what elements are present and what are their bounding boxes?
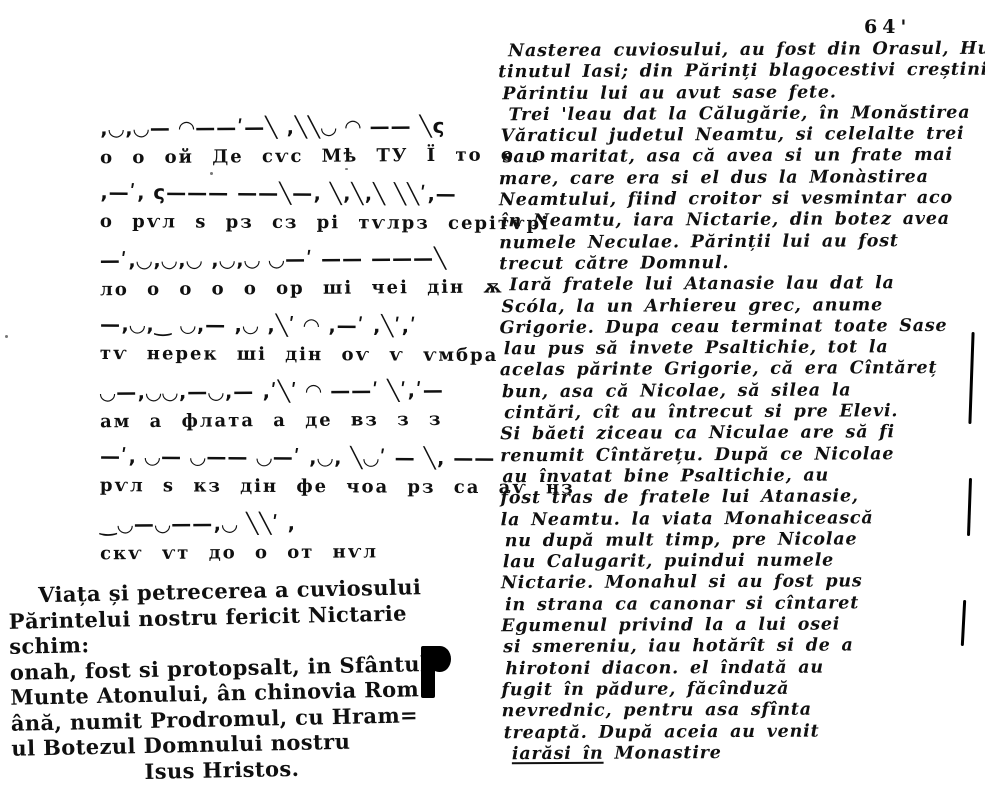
music-notation-block: ‚◡‚◡— ◠——ʹ—╲ ‚╲╲◡ ◠ —— ╲ς о о ой Де сѵс … [100, 112, 470, 574]
handwritten-line: mare, care era si el dus la Monàstirea [499, 167, 981, 191]
lyric-line: ам а флата а де вз з з [100, 405, 470, 438]
handwritten-line: Nictarie. Monahul si au fost pus [501, 571, 983, 595]
music-system: ‚◡‚◡— ◠——ʹ—╲ ‚╲╲◡ ◠ —— ╲ς о о ой Де сѵс … [100, 111, 470, 180]
handwritten-line: Grigorie. Dupa ceau terminat toate Sase [500, 316, 982, 340]
page-number: 64' [864, 16, 911, 38]
handwritten-line: Si băeti ziceau ca Niculae are să fi [500, 422, 982, 446]
scan-speck [5, 335, 8, 338]
music-system: ◡—‚◡◡‚—◡‚— ‚ʹ╲ʹ ◠ ——ʹ ╲ʹ‚ʹ— ам а флата а… [100, 375, 470, 444]
lyric-line: о о ой Де сѵс Мѣ ТУ Ї то о о [100, 141, 470, 174]
handwritten-line: treaptă. După aceia au venit [504, 720, 984, 744]
neume-line: ‿◡—◡——‚◡ ╲╲ʹ ‚ [100, 507, 470, 540]
handwritten-line: Văraticul judetul Neamtu, si celelalte t… [501, 124, 981, 148]
music-system: —ʹ‚ ◡— ◡—— ◡—ʹ ‚◡‚ ╲◡ʹ — ╲‚ —— рѵл ѕ кз … [100, 441, 470, 509]
scanned-manuscript-page: ‚◡‚◡— ◠——ʹ—╲ ‚╲╲◡ ◠ —— ╲ς о о ой Де сѵс … [0, 0, 985, 800]
lyric-line: о рѵл ѕ рз сз рі тѵлрз серітѵрі [100, 207, 470, 239]
handwritten-line: numele Neculae. Părinții lui au fost [499, 230, 981, 254]
handwritten-line: Nasterea cuviosului, au fost din Orasul,… [508, 39, 980, 63]
music-system: —ʹ‚◡‚◡‚◡ ‚◡‚◡ ◡—ʹ —— ———╲ ло о о о о ор … [100, 243, 470, 312]
ink-blot [421, 646, 435, 698]
handwritten-line: Părintiu lui au avut sase fete. [502, 81, 980, 105]
handwritten-line: fost tras de fratele lui Atanasie, [500, 486, 982, 510]
lyric-line: рѵл ѕ кз дін фе чоа рз са аѵ нз [100, 471, 470, 503]
left-page: ‚◡‚◡— ◠——ʹ—╲ ‚╲╲◡ ◠ —— ╲ς о о ой Де сѵс … [0, 0, 490, 800]
handwritten-line: Trei 'leau dat la Călugărie, în Monăstir… [508, 103, 980, 127]
caption-block: Viața și petrecerea a cuviosului Părinte… [8, 573, 472, 787]
neume-line: —‚◡‚‿ ◡‚— ‚◡ ‚╲ʹ ◠ ‚—ʹ ‚╲ʹ‚ʹ [100, 309, 470, 341]
neume-line: —ʹ‚ ◡— ◡—— ◡—ʹ ‚◡‚ ╲◡ʹ — ╲‚ —— [100, 441, 470, 473]
scan-speck [210, 172, 213, 175]
music-system: ‚—ʹ‚ ς——— ——╲—‚ ╲‚╲‚╲ ╲╲ʹ‚— о рѵл ѕ рз с… [100, 177, 470, 245]
handwritten-line: la Neamtu. la viata Monahicească [501, 507, 983, 531]
handwritten-line: au învatat bine Psaltichie, au [502, 465, 982, 489]
handwritten-line: Scóla, la un Arhiereu grec, anume [501, 294, 981, 318]
neume-line: ‚◡‚◡— ◠——ʹ—╲ ‚╲╲◡ ◠ —— ╲ς [100, 111, 470, 144]
lyric-line: ло о о о о ор ші чеі дін ѫ [100, 273, 470, 306]
handwritten-line: renumit Cîntărețu. După ce Nicolae [500, 443, 982, 467]
scan-speck [345, 168, 348, 170]
handwritten-line: în Neamtu, iara Nictarie, din botez avea [501, 209, 981, 233]
handwritten-line: nevrednic, pentru asa sfînta [502, 699, 984, 723]
handwritten-line: sau maritat, asa că avea si un frate mai [503, 145, 981, 169]
lyric-line: скѵ ѵт до о от нѵл [100, 537, 470, 570]
handwritten-line: tinutul Iasi; din Părinți blagocestivi c… [498, 60, 980, 84]
handwritten-text-block: Nasterea cuviosului, au fost din Orasul,… [498, 39, 984, 766]
handwritten-line: nu după mult timp, pre Nicolae [505, 529, 983, 553]
neume-line: ◡—‚◡◡‚—◡‚— ‚ʹ╲ʹ ◠ ——ʹ ╲ʹ‚ʹ— [100, 375, 470, 408]
handwritten-line-last: iarăsi în Monastire [512, 742, 984, 766]
neume-line: —ʹ‚◡‚◡‚◡ ‚◡‚◡ ◡—ʹ —— ———╲ [100, 243, 470, 276]
handwritten-line: lau pus să invete Psaltichie, tot la [504, 337, 982, 361]
handwritten-line: Egumenul privind la a lui osei [501, 614, 983, 638]
music-system: —‚◡‚‿ ◡‚— ‚◡ ‚╲ʹ ◠ ‚—ʹ ‚╲ʹ‚ʹ тѵ нерек ші… [100, 309, 470, 377]
handwritten-line: lau Calugarit, puindui numele [503, 550, 983, 574]
handwritten-line: Neamtului, fiind croitor si vesmintar ac… [499, 188, 981, 212]
music-system: ‿◡—◡——‚◡ ╲╲ʹ ‚ скѵ ѵт до о от нѵл [100, 507, 470, 576]
right-page: 64' Nasterea cuviosului, au fost din Ora… [492, 0, 985, 800]
last-line-rest: Monastire [604, 743, 722, 764]
underlined-words: iarăsi în [512, 744, 604, 764]
neume-line: ‚—ʹ‚ ς——— ——╲—‚ ╲‚╲‚╲ ╲╲ʹ‚— [100, 177, 470, 209]
handwritten-line: acelas părinte Grigorie, că era Cîntăreț [500, 358, 982, 382]
handwritten-line: trecut către Domnul. [499, 252, 981, 276]
handwritten-line: Iară fratele lui Atanasie lau dat la [509, 273, 981, 297]
lyric-line: тѵ нерек ші дін оѵ ѵ ѵмбра [100, 339, 470, 371]
handwritten-line: in strana ca canonar si cîntaret [505, 592, 983, 616]
handwritten-line: cintări, cît au întrecut si pre Elevi. [504, 401, 982, 425]
handwritten-line: bun, asa că Nicolae, să silea la [502, 379, 982, 403]
handwritten-line: si smereniu, iau hotărît si de a [503, 635, 983, 659]
handwritten-line: hirotoni diacon. el îndată au [505, 656, 983, 680]
handwritten-line: fugit în pădure, făcînduză [501, 678, 983, 702]
